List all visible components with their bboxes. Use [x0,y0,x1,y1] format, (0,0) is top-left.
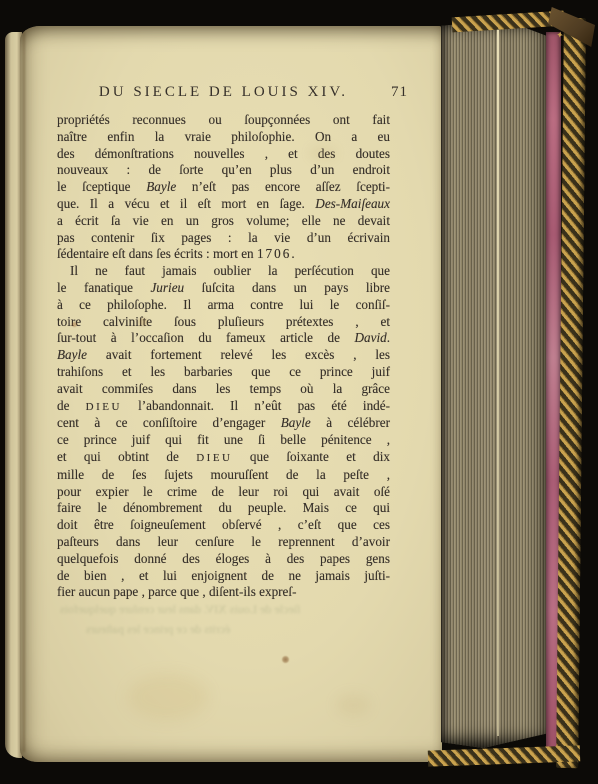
gilt-fleuron-icon: ✦ [555,29,564,41]
body-line: mille de ſes ſujets mouruſſent de la peſ… [57,467,390,484]
body-line: ſur-tout à l’occaſion du fameux article … [57,330,390,347]
body-line: a écrit ſa vie en un gros volume; elle n… [57,213,390,230]
body-line: faire le dénombrement du peuple. Mais ce… [57,500,390,517]
fore-edge-pages [441,20,547,748]
body-line: quelquefois donné des éloges à des papes… [57,551,390,568]
body-line: pour expier le crime de leur roi qui ava… [57,484,390,501]
body-line: à ce philoſophe. Il arma contre lui le c… [57,297,390,314]
body-line: avait commiſes dans les temps où la grâc… [57,381,390,398]
ghost-showthrough-line: ſiecle de Louis XIV. dans leur cenſure q… [60,602,300,617]
body-line: de bien , et lui enjoignent de ne jamais… [57,568,390,585]
body-line: trahiſons et les barbaries que ce prince… [57,364,390,381]
body-line: ſédentaire eſt dans ſes écrits : mort en… [57,246,390,263]
body-line: Il ne faut jamais oublier la perſécution… [57,263,390,280]
body-line: Bayle avait fortement relevé les excès ,… [57,347,390,364]
foxing-spot [282,656,289,663]
body-line: paſteurs dans leur cenſure le reprennent… [57,534,390,551]
body-line: le fanatique Jurieu ſuſcita dans un pays… [57,280,390,297]
body-line: ce prince juif qui fit une ſi belle péni… [57,432,390,449]
foxing-spot [310,146,336,160]
foxing-spot [138,318,148,326]
body-line: pas contenir ſix pages : la vie d’un écr… [57,230,390,247]
body-line: le ſceptique Bayle n’eſt pas encore aſſe… [57,179,390,196]
foxing-spot [128,674,208,720]
body-line: des démonſtrations nouvelles , et des do… [57,146,390,163]
body-line: naître enfin la vraie philoſophie. On a … [57,129,390,146]
body-line: fier aucun pape , parce que , diſent-ils… [57,584,390,601]
body-line: de DIEU l’abandonnait. Il n’eût pas été … [57,398,390,416]
page-header: DU SIECLE DE LOUIS XIV. 71 [57,84,390,104]
body-line: que. Il a vécu et il eſt mort en ſage. D… [57,196,390,213]
foxing-spot [336,694,370,716]
running-title: DU SIECLE DE LOUIS XIV. [99,84,348,100]
ghost-showthrough-line: écrits de ce prince les paſteurs [86,622,230,637]
body-line: toire calviniſte ſous pluſieurs prétexte… [57,314,390,331]
page-number: 71 [391,84,408,101]
body-line: cent à ce conſiſtoire d’engager Bayle à … [57,415,390,432]
foxing-spot [72,322,77,327]
body-line: et qui obtint de DIEU que ſoixante et di… [57,449,390,467]
body-line: doit être ſoigneuſement obſervé , c’eſt … [57,517,390,534]
book-photo-frame: DU SIECLE DE LOUIS XIV. 71 propriétés re… [0,0,598,784]
text-block: propriétés reconnues ou ſoupçonnées ont … [57,112,390,601]
book-page: DU SIECLE DE LOUIS XIV. 71 propriétés re… [20,26,442,762]
body-line: nouveaux : de ſorte qu’en plus d’un endr… [57,162,390,179]
body-line: propriétés reconnues ou ſoupçonnées ont … [57,112,390,129]
